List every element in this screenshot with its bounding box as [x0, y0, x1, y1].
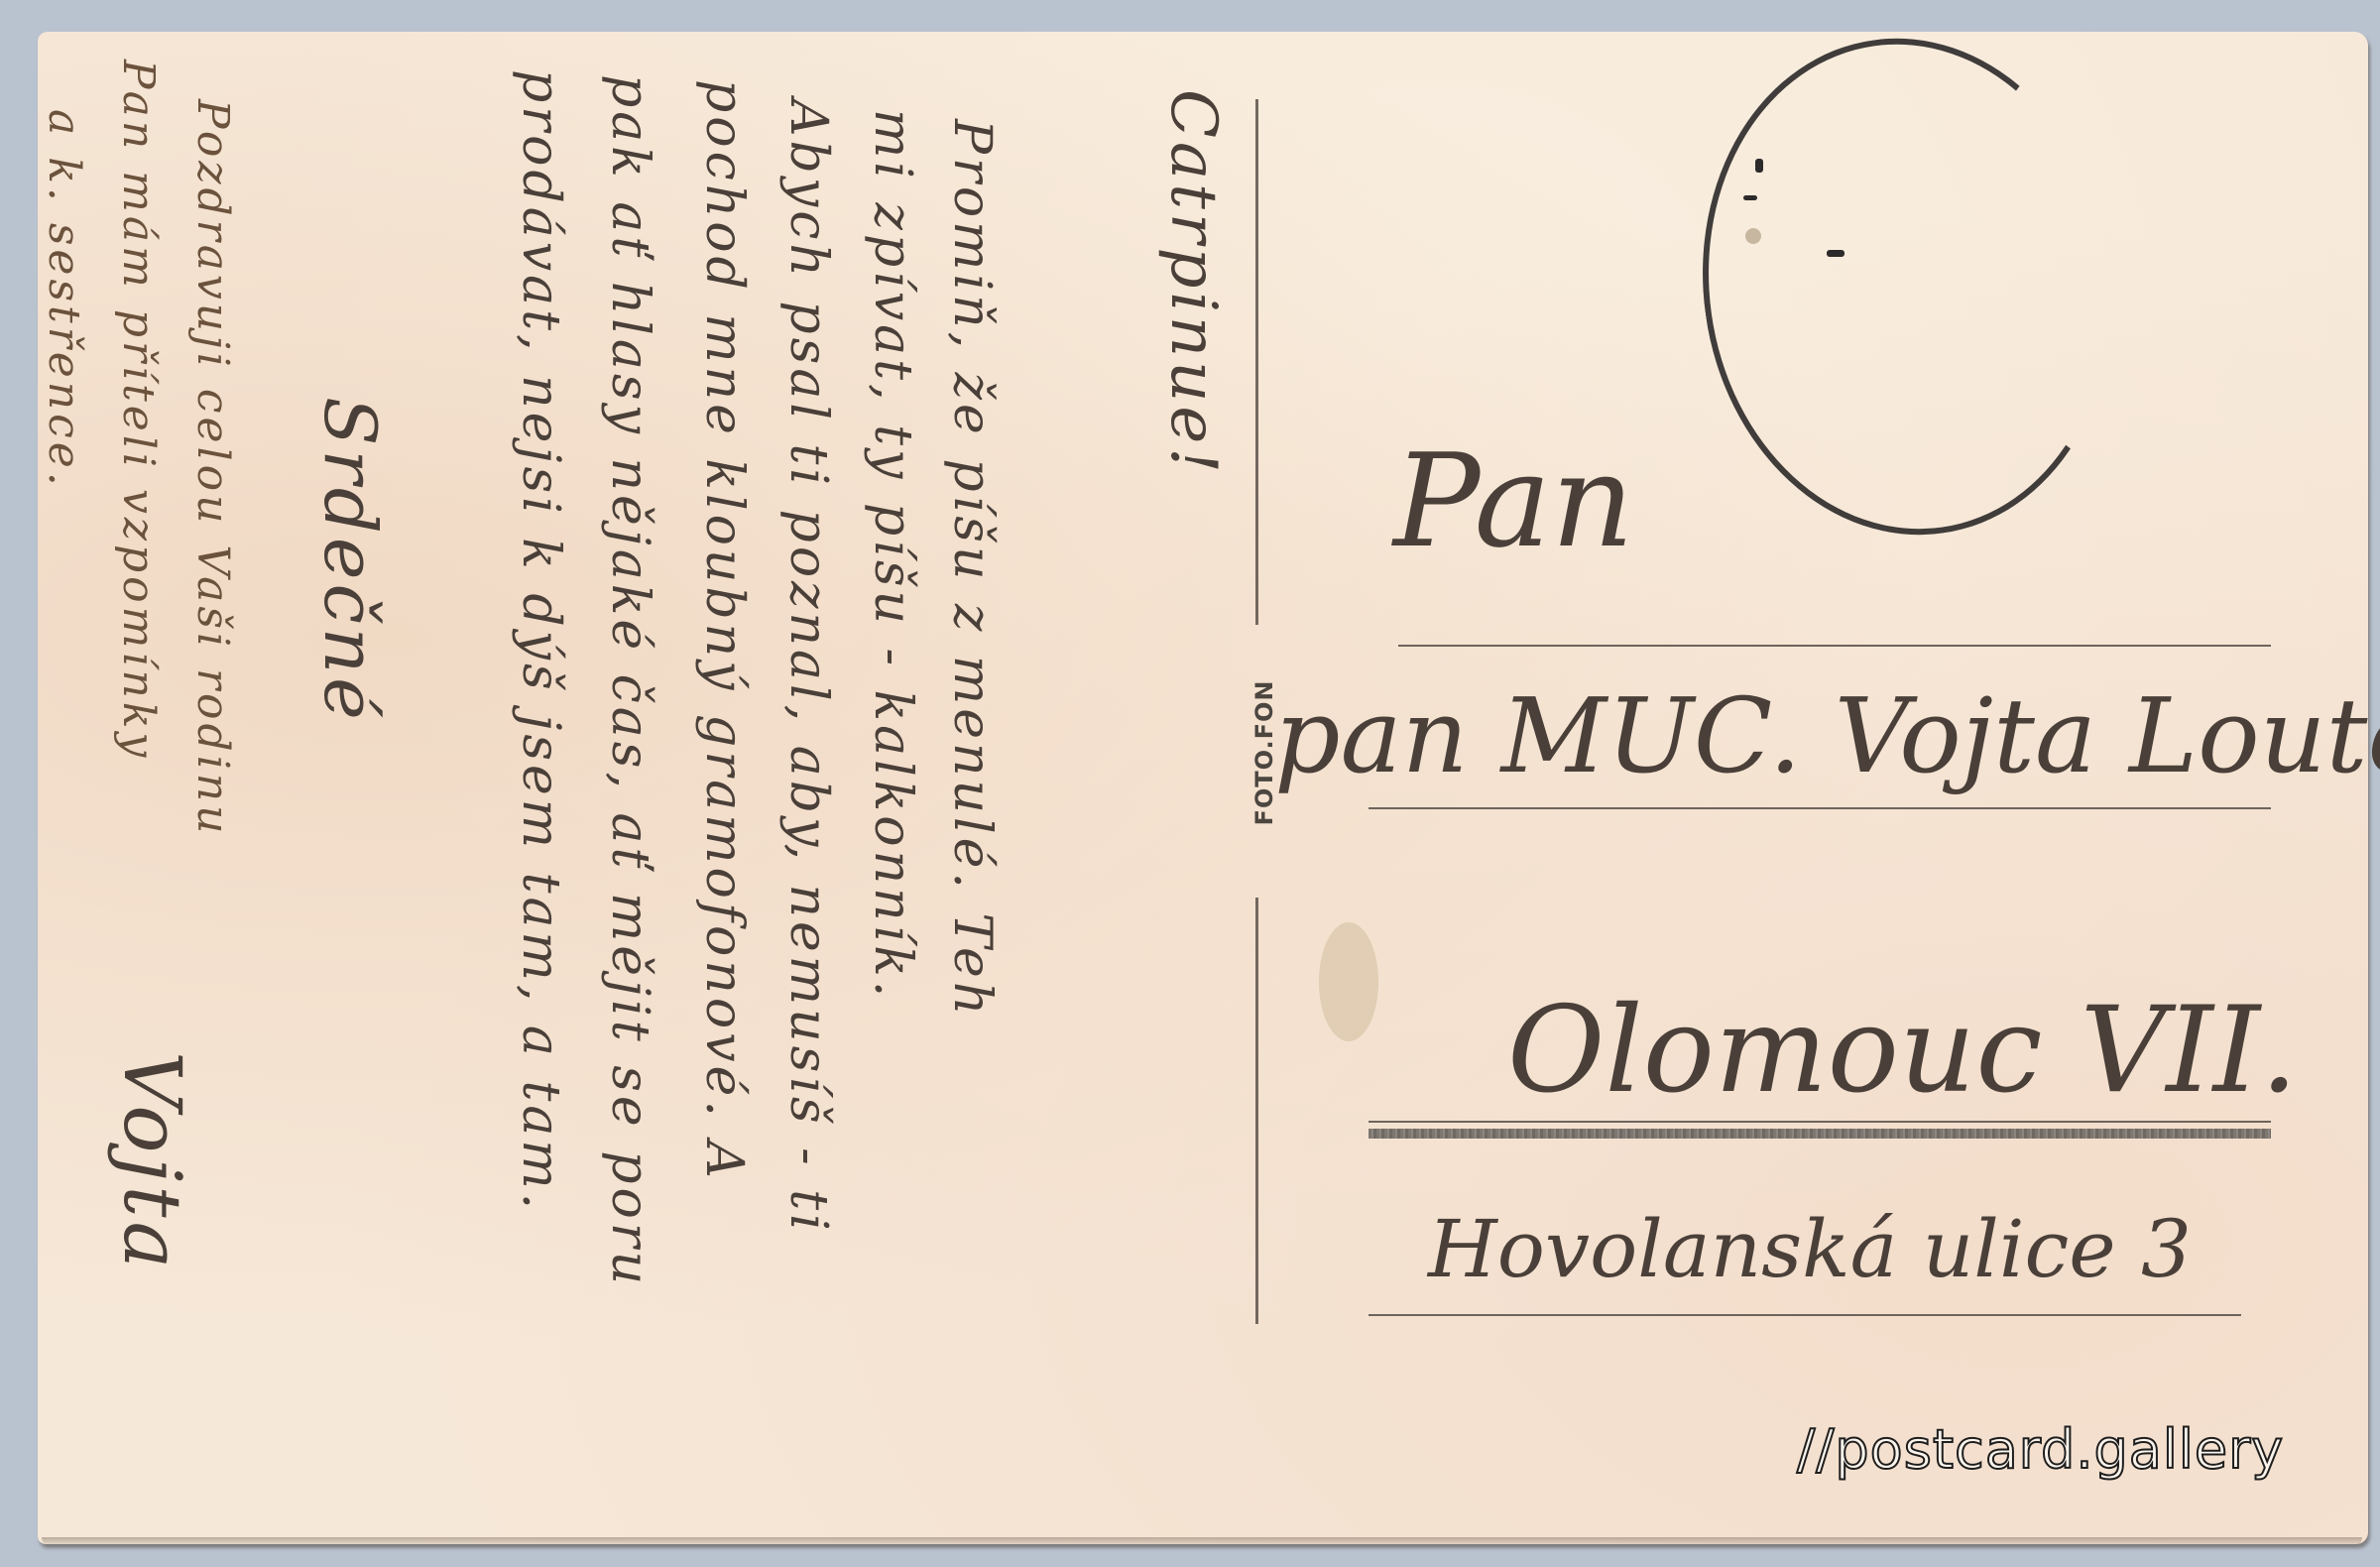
center-divider-top: [1255, 99, 1258, 625]
message-column: pochod mne kloubný gramofonové. A: [694, 79, 754, 1182]
message-signature: Vojta: [106, 1051, 198, 1272]
address-city: Olomouc VII.: [1507, 992, 2298, 1111]
address-salutation: Pan: [1393, 436, 1634, 565]
message-postscript: Pan mám příteli vzpomínky: [113, 60, 164, 761]
message-column: pak ať hlasy nějaké čas, ať mějit se por…: [600, 74, 659, 1288]
postmark-fragment: [1827, 250, 1844, 257]
message-column: Promiň, že píšu z menulé. Teh: [942, 119, 1002, 1019]
watermark-logo: //postcard.gallery: [1797, 1418, 2284, 1481]
address-line-3-emphasis: [1368, 1129, 2271, 1139]
center-divider-bottom: [1255, 898, 1258, 1324]
message-column: mi zpívat, ty píšu - kalkonník.: [863, 109, 922, 1001]
postmark-fragment: [1743, 195, 1757, 200]
address-name: pan MUC. Vojta Loutocký: [1274, 684, 2380, 787]
message-postscript: a k. sestřence.: [39, 109, 89, 490]
message-column: Abych psal ti poznal, aby, nemusíš - ti: [778, 99, 838, 1235]
address-line-2: [1368, 807, 2271, 809]
message-greeting: Catrpinue!: [1156, 89, 1230, 477]
address-street: Hovolanská ulice 3: [1428, 1210, 2192, 1289]
message-closing: Srdečné: [308, 397, 392, 724]
card-edge-shadow: [42, 1537, 2362, 1547]
address-line-4: [1368, 1314, 2241, 1316]
message-postscript: Pozdravuji celou Vaši rodinu: [187, 99, 238, 837]
message-column: prodávat, nejsi k dýš jsem tam, a tam.: [511, 69, 570, 1213]
postmark-fragment: [1755, 159, 1763, 173]
address-line-3: [1368, 1121, 2271, 1123]
paper-stain: [1319, 922, 1378, 1041]
address-line-1: [1398, 645, 2271, 647]
